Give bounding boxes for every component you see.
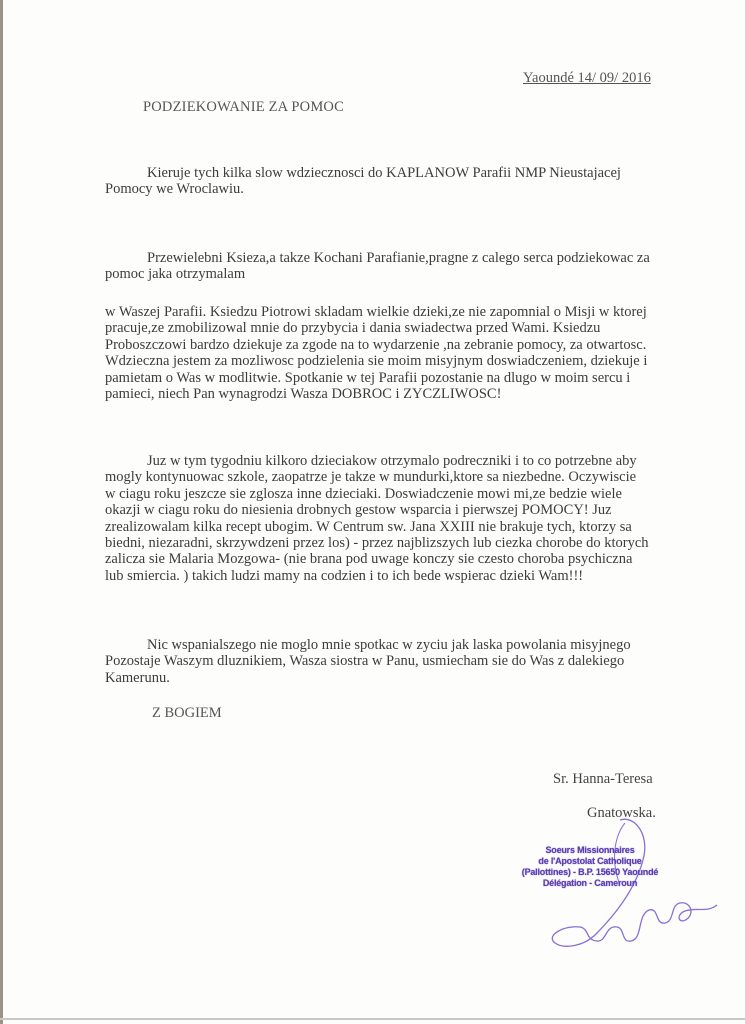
text-line: Wdzieczna jestem za mozliwosc podzieleni…	[105, 353, 725, 369]
stamp-line: (Pallottines) - B.P. 15650 Yaoundé	[520, 867, 660, 878]
text-line: mogly kontynuowac szkole, zaopatrze je t…	[105, 469, 725, 485]
text-line: pamieci, niech Pan wynagrodzi Wasza DOBR…	[105, 386, 725, 402]
text-line: Pomocy we Wroclawiu.	[105, 181, 725, 197]
text-line: pomoc jaka otrzymalam	[105, 266, 725, 282]
text-line: Kamerunu.	[105, 670, 725, 686]
text-line: Pozostaje Waszym dluznikiem, Wasza siost…	[105, 653, 725, 669]
text-line: Przewielebni Ksieza,a takze Kochani Para…	[105, 250, 725, 266]
text-line: okazji w ciagu roku do niesienia drobnyc…	[105, 502, 725, 518]
stamp-line: Soeurs Missionnaires	[520, 845, 660, 856]
text-line: lub smiercia. ) takich ludzi mamy na cod…	[105, 568, 725, 584]
text-line: biedni, niezaradni, skrzywdzeni przez lo…	[105, 535, 725, 551]
stamp-line: de l'Apostolat Catholique	[520, 856, 660, 867]
scan-edge-bottom	[0, 1018, 745, 1020]
paragraph-3: w Waszej Parafii. Ksiedzu Piotrowi sklad…	[105, 304, 725, 402]
text-line: zrealizowalam kilka recept ubogim. W Cen…	[105, 519, 725, 535]
organization-stamp: Soeurs Missionnaires de l'Apostolat Cath…	[520, 845, 660, 889]
text-line: Kieruje tych kilka slow wdziecznosci do …	[105, 165, 725, 181]
text-line: pracuje,ze zmobilizowal mnie do przybyci…	[105, 320, 725, 336]
text-line: Nic wspanialszego nie moglo mnie spotkac…	[105, 637, 725, 653]
stamp-line: Délégation - Cameroun	[520, 878, 660, 889]
text-line: Juz w tym tygodniu kilkoro dzieciakow ot…	[105, 453, 725, 469]
letter-title: PODZIEKOWANIE ZA POMOC	[143, 99, 344, 116]
closing-salutation: Z BOGIEM	[152, 705, 222, 722]
text-line: w ciagu roku jeszcze sie zglosza inne dz…	[105, 486, 725, 502]
text-line: Proboszczowi bardzo dziekuje za zgode na…	[105, 337, 725, 353]
text-line: pamietam o Was w modlitwie. Spotkanie w …	[105, 370, 725, 386]
paragraph-4: Juz w tym tygodniu kilkoro dzieciakow ot…	[105, 453, 725, 584]
paragraph-2: Przewielebni Ksieza,a takze Kochani Para…	[105, 250, 725, 283]
paragraph-1: Kieruje tych kilka slow wdziecznosci do …	[105, 165, 725, 198]
paragraph-5: Nic wspanialszego nie moglo mnie spotkac…	[105, 637, 725, 686]
scan-edge-left	[0, 0, 3, 1024]
letter-date: Yaoundé 14/ 09/ 2016	[523, 70, 651, 87]
text-line: w Waszej Parafii. Ksiedzu Piotrowi sklad…	[105, 304, 725, 320]
signatory-name: Sr. Hanna-Teresa	[553, 771, 653, 788]
text-line: zalicza sie Malaria Mozgowa- (nie brana …	[105, 551, 725, 567]
